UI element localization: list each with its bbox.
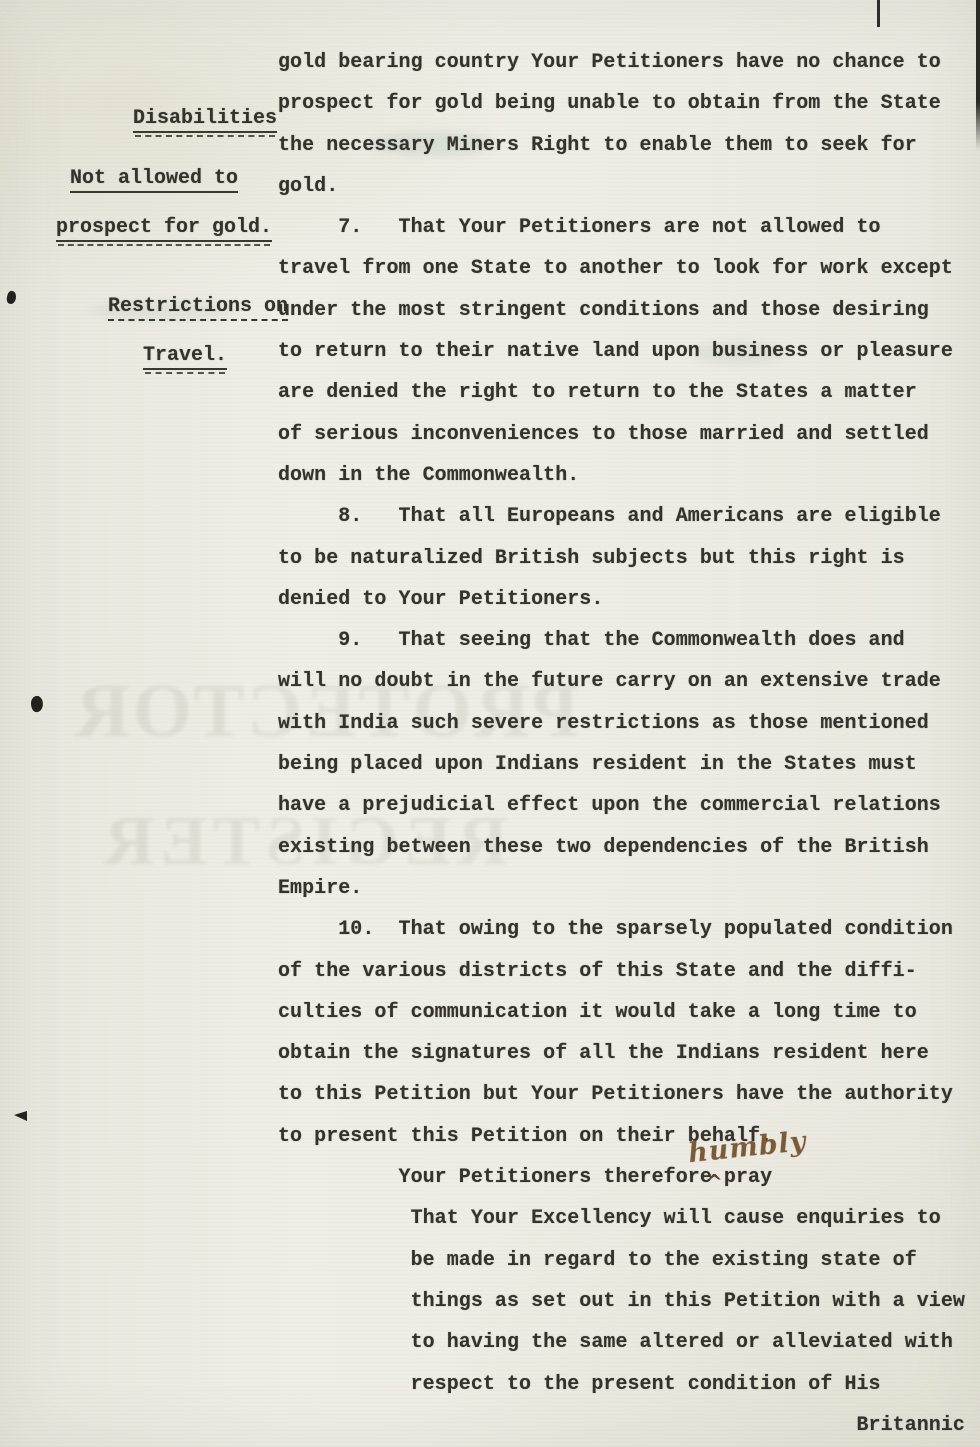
- petition-document-page: PROTECTOR REGISTER Disabilities Not allo…: [0, 0, 980, 1447]
- text-line: existing between these two dependencies …: [278, 827, 965, 868]
- page-right-edge-line: [976, 0, 980, 150]
- text-line: being placed upon Indians resident in th…: [278, 744, 965, 785]
- text-line: 7. That Your Petitioners are not allowed…: [278, 207, 965, 248]
- text-line: of serious inconveniences to those marri…: [278, 414, 965, 455]
- text-line: to present this Petition on their behalf…: [278, 1116, 965, 1157]
- text-line: culties of communication it would take a…: [278, 992, 965, 1033]
- text-line: gold bearing country Your Petitioners ha…: [278, 42, 965, 83]
- petition-body-text: gold bearing country Your Petitioners ha…: [278, 42, 965, 1446]
- text-line: under the most stringent conditions and …: [278, 290, 965, 331]
- margin-note-line: Not allowed to: [70, 167, 238, 193]
- text-line: 8. That all Europeans and Americans are …: [278, 496, 965, 537]
- text-line: denied to Your Petitioners.: [278, 579, 965, 620]
- text-line: Your Petitioners therefore pray: [278, 1157, 965, 1198]
- ink-blot: [30, 695, 45, 713]
- text-line: will no doubt in the future carry on an …: [278, 661, 965, 702]
- text-line: to this Petition but Your Petitioners ha…: [278, 1074, 965, 1115]
- text-line: to having the same altered or alleviated…: [278, 1322, 965, 1363]
- text-line: travel from one State to another to look…: [278, 248, 965, 289]
- text-line: be made in regard to the existing state …: [278, 1240, 965, 1281]
- text-line: 10. That owing to the sparsely populated…: [278, 909, 965, 950]
- text-line: of the various districts of this State a…: [278, 951, 965, 992]
- margin-note-restrictions-on-travel: Restrictions on Travel.: [60, 272, 288, 393]
- text-line: to be naturalized British subjects but t…: [278, 538, 965, 579]
- text-line: to return to their native land upon busi…: [278, 331, 965, 372]
- margin-note-line: Travel.: [143, 344, 227, 370]
- margin-note-disabilities-label: Disabilities: [133, 107, 277, 133]
- text-line: obtain the signatures of all the Indians…: [278, 1033, 965, 1074]
- text-line: Britannic: [278, 1405, 965, 1446]
- text-line: That Your Excellency will cause enquirie…: [278, 1198, 965, 1239]
- text-line: are denied the right to return to the St…: [278, 372, 965, 413]
- ink-blot: [5, 290, 17, 305]
- text-line: Empire.: [278, 868, 965, 909]
- text-line: prospect for gold being unable to obtain…: [278, 83, 965, 124]
- text-line: 9. That seeing that the Commonwealth doe…: [278, 620, 965, 661]
- text-line: things as set out in this Petition with …: [278, 1281, 965, 1322]
- ink-arrow-mark: [14, 1111, 27, 1121]
- text-line: have a prejudicial effect upon the comme…: [278, 785, 965, 826]
- text-line: gold.: [278, 166, 965, 207]
- text-line: down in the Commonwealth.: [278, 455, 965, 496]
- margin-note-not-allowed-to-prospect: Not allowed to prospect for gold.: [8, 144, 272, 265]
- handwritten-caret-mark: ^: [706, 1172, 723, 1192]
- text-line: the necessary Miners Right to enable the…: [278, 125, 965, 166]
- text-line: respect to the present condition of His: [278, 1364, 965, 1405]
- top-edge-ink-mark: [877, 0, 880, 27]
- margin-note-line: prospect for gold.: [56, 216, 272, 242]
- text-line: with India such severe restrictions as t…: [278, 703, 965, 744]
- margin-note-line: Restrictions on: [108, 295, 288, 321]
